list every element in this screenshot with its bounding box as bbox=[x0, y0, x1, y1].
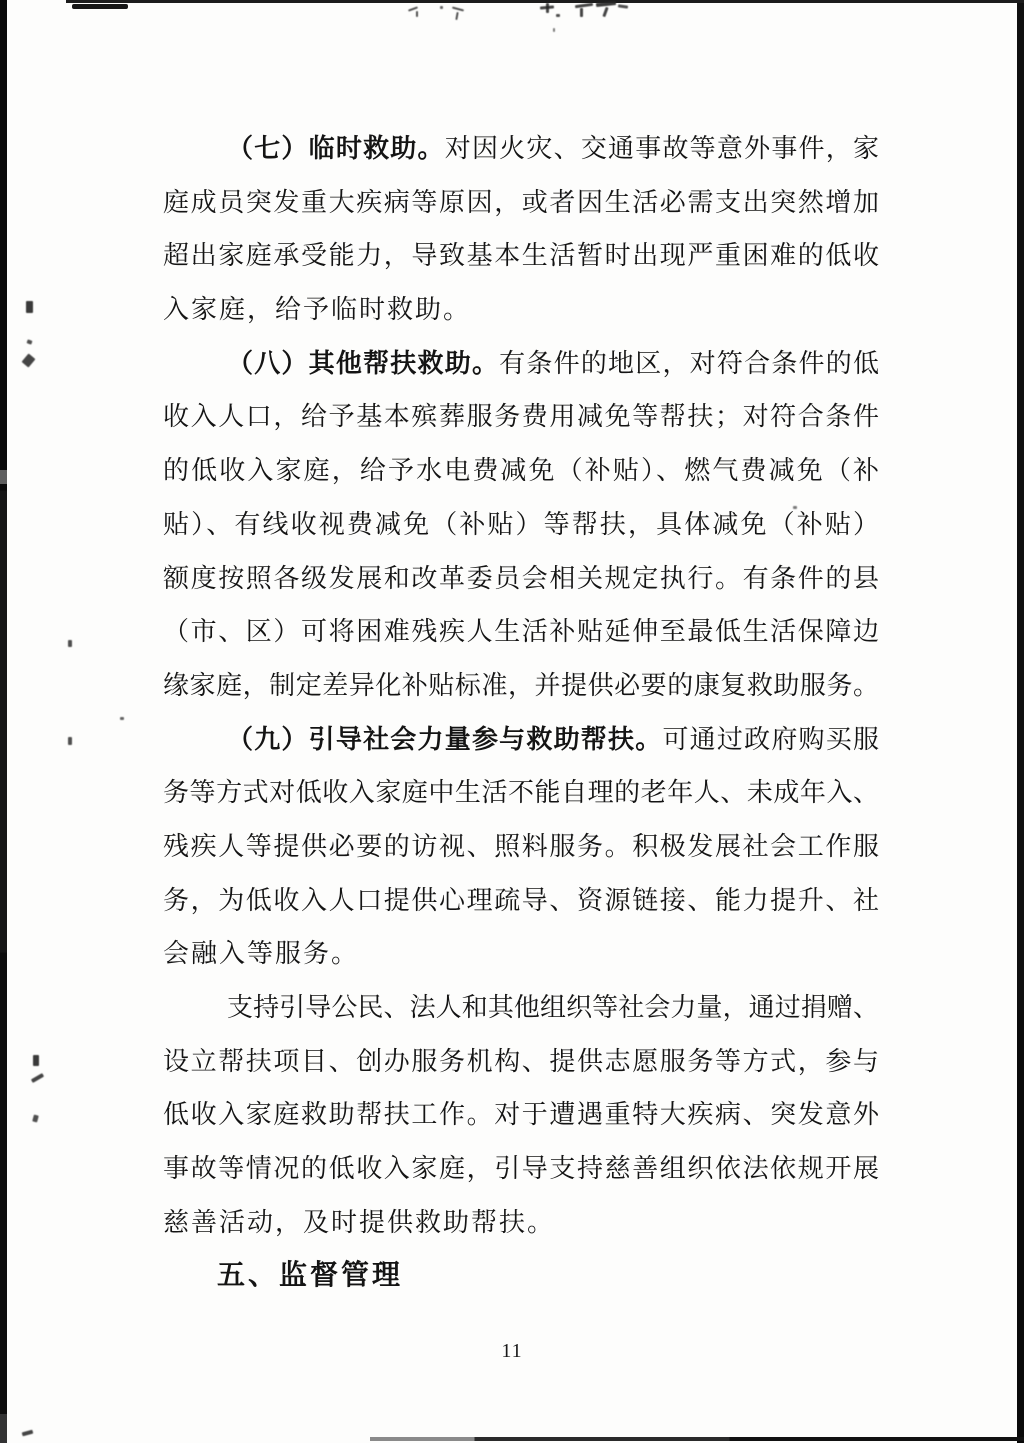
line-text: 贴）、有线收视费减免（补贴）等帮扶，具体减免（补贴） bbox=[163, 510, 879, 539]
ink-speck bbox=[32, 1114, 39, 1122]
bold-run-in: （八）其他帮扶救助。 bbox=[227, 349, 499, 378]
ink-speck bbox=[31, 1073, 44, 1083]
text-line: 贴）、有线收视费减免（补贴）等帮扶，具体减免（补贴） bbox=[163, 498, 879, 552]
ink-speck bbox=[618, 4, 628, 8]
ink-speck bbox=[68, 737, 72, 745]
ink-speck bbox=[416, 11, 418, 17]
ink-speck bbox=[793, 506, 797, 509]
line-text: 额度按照各级发展和改革委员会相关规定执行。有条件的县 bbox=[163, 564, 879, 593]
ink-speck bbox=[26, 301, 33, 313]
line-text: 收入人口，给予基本殡葬服务费用减免等帮扶；对符合条件 bbox=[163, 402, 879, 431]
ink-speck bbox=[602, 7, 608, 17]
line-text: 超出家庭承受能力，导致基本生活暂时出现严重困难的低收 bbox=[163, 241, 879, 270]
text-line: 事故等情况的低收入家庭，引导支持慈善组织依法依规开展 bbox=[163, 1142, 879, 1196]
scan-edge-top bbox=[66, 0, 1024, 3]
ink-speck bbox=[120, 717, 124, 720]
ink-speck bbox=[26, 339, 32, 344]
scan-edge-bottom bbox=[370, 1437, 1024, 1441]
line-text: 入家庭，给予临时救助。 bbox=[163, 295, 471, 324]
line-text: 慈善活动，及时提供救助帮扶。 bbox=[163, 1208, 555, 1237]
ink-speck bbox=[452, 6, 464, 11]
line-text: 低收入家庭救助帮扶工作。对于遭遇重特大疾病、突发意外 bbox=[163, 1100, 879, 1129]
text-line: 超出家庭承受能力，导致基本生活暂时出现严重困难的低收 bbox=[163, 229, 879, 283]
line-text: 有条件的地区，对符合条件的低 bbox=[499, 349, 879, 378]
text-line: 额度按照各级发展和改革委员会相关规定执行。有条件的县 bbox=[163, 552, 879, 606]
scan-edge-top-blob bbox=[72, 4, 128, 9]
ink-speck bbox=[580, 8, 583, 17]
scan-edge-left bbox=[0, 0, 7, 1443]
scan-edge-right bbox=[1017, 0, 1024, 1443]
ink-speck bbox=[575, 3, 593, 8]
text-line: 庭成员突发重大疾病等原因，或者因生活必需支出突然增加 bbox=[163, 176, 879, 230]
line-text: 会融入等服务。 bbox=[163, 939, 359, 968]
page-number: 11 bbox=[0, 1340, 1024, 1363]
text-line: 的低收入家庭，给予水电费减免（补贴）、燃气费减免（补 bbox=[163, 444, 879, 498]
line-text: 残疾人等提供必要的访视、照料服务。积极发展社会工作服 bbox=[163, 832, 879, 861]
text-line: （八）其他帮扶救助。有条件的地区，对符合条件的低 bbox=[163, 337, 879, 391]
text-line: （七）临时救助。对因火灾、交通事故等意外事件，家 bbox=[163, 122, 879, 176]
ink-speck bbox=[455, 12, 458, 20]
line-text: 的低收入家庭，给予水电费减免（补贴）、燃气费减免（补 bbox=[163, 456, 879, 485]
ink-speck bbox=[440, 6, 443, 9]
text-line: 务等方式对低收入家庭中生活不能自理的老年人、未成年入、 bbox=[163, 766, 879, 820]
text-line: 收入人口，给予基本殡葬服务费用减免等帮扶；对符合条件 bbox=[163, 390, 879, 444]
text-line: 慈善活动，及时提供救助帮扶。 bbox=[163, 1196, 879, 1250]
line-text: 对因火灾、交通事故等意外事件，家 bbox=[445, 134, 879, 163]
bold-run-in: （九）引导社会力量参与救助帮扶。 bbox=[227, 725, 662, 754]
line-text: 设立帮扶项目、创办服务机构、提供志愿服务等方式，参与 bbox=[163, 1047, 879, 1076]
text-line: 低收入家庭救助帮扶工作。对于遭遇重特大疾病、突发意外 bbox=[163, 1088, 879, 1142]
line-text: 务，为低收入人口提供心理疏导、资源链接、能力提升、社 bbox=[163, 886, 879, 915]
text-line: 务，为低收入人口提供心理疏导、资源链接、能力提升、社 bbox=[163, 874, 879, 928]
ink-speck bbox=[68, 640, 72, 647]
line-text: （市、区）可将困难残疾人生活补贴延伸至最低生活保障边 bbox=[163, 617, 879, 646]
ink-speck bbox=[556, 14, 560, 17]
text-line: 支持引导公民、法人和其他组织等社会力量，通过捐赠、 bbox=[163, 981, 879, 1035]
text-line: 缘家庭，制定差异化补贴标准，并提供必要的康复救助服务。 bbox=[163, 659, 879, 713]
line-text: 缘家庭，制定差异化补贴标准，并提供必要的康复救助服务。 bbox=[163, 671, 879, 700]
ink-speck bbox=[33, 1055, 39, 1066]
scanned-page: （七）临时救助。对因火灾、交通事故等意外事件，家庭成员突发重大疾病等原因，或者因… bbox=[0, 0, 1024, 1443]
line-text: 事故等情况的低收入家庭，引导支持慈善组织依法依规开展 bbox=[163, 1154, 879, 1183]
ink-speck bbox=[546, 3, 549, 13]
ink-speck bbox=[553, 28, 555, 32]
line-text: 支持引导公民、法人和其他组织等社会力量，通过捐赠、 bbox=[227, 993, 879, 1022]
text-line: 会融入等服务。 bbox=[163, 927, 879, 981]
line-text: 五、监督管理 bbox=[217, 1260, 403, 1291]
text-line: 残疾人等提供必要的访视、照料服务。积极发展社会工作服 bbox=[163, 820, 879, 874]
ink-speck bbox=[22, 353, 36, 367]
text-line: （九）引导社会力量参与救助帮扶。可通过政府购买服 bbox=[163, 713, 879, 767]
text-line: 入家庭，给予临时救助。 bbox=[163, 283, 879, 337]
bold-run-in: （七）临时救助。 bbox=[227, 134, 445, 163]
line-text: 庭成员突发重大疾病等原因，或者因生活必需支出突然增加 bbox=[163, 188, 879, 217]
text-line: 设立帮扶项目、创办服务机构、提供志愿服务等方式，参与 bbox=[163, 1035, 879, 1089]
text-line: （市、区）可将困难残疾人生活补贴延伸至最低生活保障边 bbox=[163, 605, 879, 659]
ink-speck bbox=[22, 1430, 34, 1437]
line-text: 可通过政府购买服 bbox=[662, 725, 879, 754]
section-heading: 五、监督管理 bbox=[163, 1249, 879, 1303]
line-text: 务等方式对低收入家庭中生活不能自理的老年人、未成年入、 bbox=[163, 778, 879, 807]
document-body: （七）临时救助。对因火灾、交通事故等意外事件，家庭成员突发重大疾病等原因，或者因… bbox=[163, 122, 879, 1303]
